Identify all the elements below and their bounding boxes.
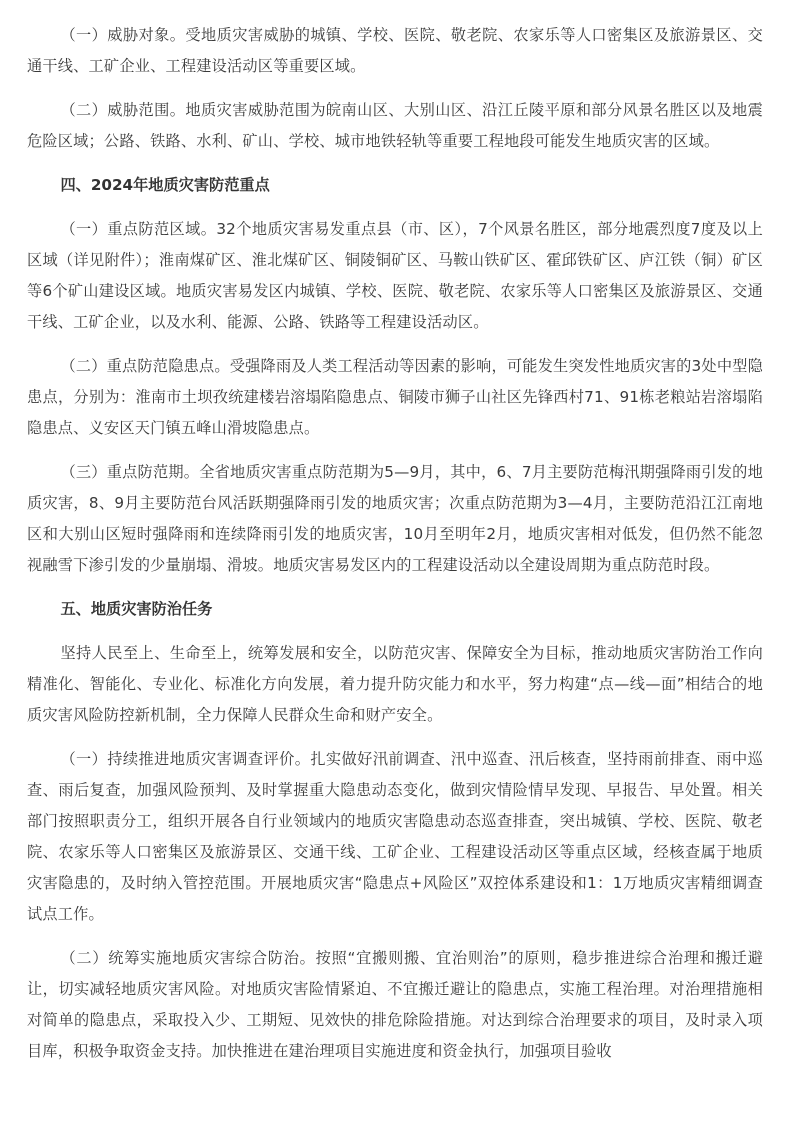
paragraph-key-areas: （一）重点防范区域。32个地质灾害易发重点县（市、区），7个风景名胜区，部分地震… bbox=[27, 214, 763, 338]
paragraph-tasks-intro: 坚持人民至上、生命至上，统筹发展和安全，以防范灾害、保障安全为目标，推动地质灾害… bbox=[27, 638, 763, 731]
section-heading-4: 四、2024年地质灾害防范重点 bbox=[27, 170, 763, 201]
paragraph-survey-evaluation: （一）持续推进地质灾害调查评价。扎实做好汛前调查、汛中巡查、汛后核查，坚持雨前排… bbox=[27, 744, 763, 930]
section-heading-5: 五、地质灾害防治任务 bbox=[27, 594, 763, 625]
paragraph-key-hazard-points: （二）重点防范隐患点。受强降雨及人类工程活动等因素的影响，可能发生突发性地质灾害… bbox=[27, 351, 763, 444]
document-body: （一）威胁对象。受地质灾害威胁的城镇、学校、医院、敬老院、农家乐等人口密集区及旅… bbox=[0, 0, 793, 1067]
paragraph-threat-scope: （二）威胁范围。地质灾害威胁范围为皖南山区、大别山区、沿江丘陵平原和部分风景名胜… bbox=[27, 95, 763, 157]
paragraph-key-periods: （三）重点防范期。全省地质灾害重点防范期为5—9月，其中，6、7月主要防范梅汛期… bbox=[27, 457, 763, 581]
paragraph-comprehensive-prevention: （二）统筹实施地质灾害综合防治。按照“宜搬则搬、宜治则治”的原则，稳步推进综合治… bbox=[27, 943, 763, 1067]
paragraph-threat-targets: （一）威胁对象。受地质灾害威胁的城镇、学校、医院、敬老院、农家乐等人口密集区及旅… bbox=[27, 20, 763, 82]
